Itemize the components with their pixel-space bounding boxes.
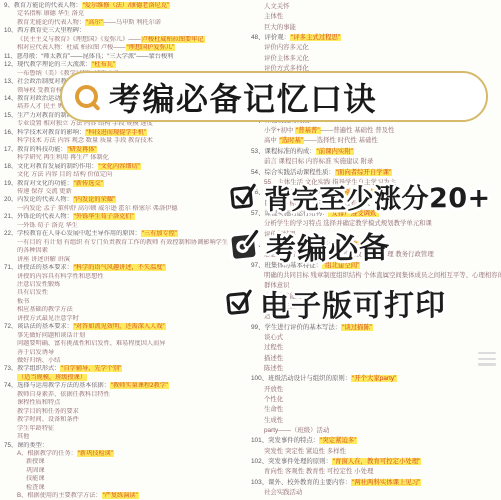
note-line: 课程性质和特点 xyxy=(4,399,250,407)
note-line: 学生年龄特征 xyxy=(4,425,250,433)
note-line: 问题要明确、富有挑战性和启发性、难易程度因人而异 xyxy=(4,340,250,348)
note-line: 102、突发事件处理的原则：“育窗人在，教育可控定小处理” xyxy=(251,457,501,467)
note-line: 过程性 xyxy=(251,343,501,353)
study-notes-page: 9、教育万能论的代表人物：“爱尔维修（法）/康德老洛尼克”定名指称 康德 华生 … xyxy=(0,0,501,500)
note-line: 的各种因素 xyxy=(4,247,250,255)
note-line: 72、谈话法的基本要求：“对答如流见效明，还需深入人戏” xyxy=(4,323,250,331)
note-line: 一外铄 荀子 洛克 华生 xyxy=(4,222,250,230)
note-line: 75、课的类型： xyxy=(4,442,250,450)
note-line: 19、教育对文化的功能：“新传选交” xyxy=(4,180,250,188)
callout-printable: 电子版可打印 xyxy=(224,280,446,326)
note-line: 《民主主义与教育》《理想国》《爱弥儿》——卢梭杜威柏拉图要牢记 xyxy=(4,36,250,44)
note-line: 巨大的事能 xyxy=(251,23,501,33)
note-line: 相对应代表人物：杜威 柏拉图 卢梭——“理想国护爱弥儿” xyxy=(4,44,250,52)
callout-score-boost: 背完至少涨分20+ xyxy=(228,176,491,217)
note-line: 描述性 xyxy=(251,354,501,364)
note-line: 20、内发论的代表人物：“内发论的荣耀” xyxy=(4,196,250,204)
note-line: 注意启发性锻炼 xyxy=(4,281,250,289)
magnifier-icon xyxy=(75,85,98,108)
note-line: 16、科学技术对教育的影响：“科技进而现提学手机” xyxy=(4,129,250,137)
menu-icon[interactable] xyxy=(478,352,496,369)
callout-label: 电子版可打印 xyxy=(260,280,446,326)
note-line: 小学+初中 “普基普”——普遍性 基础性 普及性 xyxy=(251,126,501,136)
note-line: 教学时间、设备和条件 xyxy=(4,416,250,424)
note-line: 开放性 xyxy=(251,385,501,395)
note-line: 科学技术 方法 内容 观念 数量 质量 手段 教育技术 xyxy=(4,137,250,145)
note-line: 检查课 xyxy=(4,484,250,492)
title-banner: 考编必备记忆口诀 xyxy=(60,71,488,122)
note-line: 其他 xyxy=(4,433,250,441)
note-line: 做好归纳、小结 xyxy=(4,357,250,365)
note-line: 具有启发性 xyxy=(4,289,250,297)
note-line: 巩固课 xyxy=(4,467,250,475)
note-line: 个性化 xyxy=(251,395,501,405)
note-line: 讲座 讲述讲解 讲演 xyxy=(4,256,250,264)
note-line: 善于启发诱导 xyxy=(4,349,250,357)
note-line: 103、课外、校外教育的主要内容：“两社两科实体课上见习” xyxy=(251,478,501,488)
note-line: 11、慈母般：“师太教育”——昆体良；“三大学派”——蒙台梭利 xyxy=(4,53,250,61)
note-line: 科学研究 再生利用 再生产 体制化 xyxy=(4,154,250,162)
note-line: 48、评价观：“评多主式过程思” xyxy=(251,33,501,43)
note-line: 教学目的和任务的要求 xyxy=(4,408,250,416)
note-line: 突发性 突定性 紧迫性 多样性 xyxy=(251,447,501,457)
note-line: A、根据教学的任务：“新巩技检谈” xyxy=(4,450,250,458)
pen-square-icon xyxy=(226,227,263,268)
callout-label: 背完至少涨分20+ xyxy=(264,176,491,217)
note-line: 100、班级活动设计与组织的原则：“开个大家party” xyxy=(251,374,501,384)
note-line: 教育无能论的代表人物：“高尔”——乌申斯 利托尔诺 xyxy=(4,19,250,27)
note-line: 9、教育万能论的代表人物：“爱尔维修（法）/康德老洛尼克” xyxy=(4,2,250,10)
note-line: 谈心式 xyxy=(251,333,501,343)
note-line: 53、课程标准的构成：“前课内实附” xyxy=(251,147,501,157)
note-line: 主体性 xyxy=(251,12,501,22)
note-line: 一内发论 孟子 董仲舒 高尔顿 威尔逊 霍尔 格塞尔 弗洛伊德 xyxy=(4,205,250,213)
note-line: （适当规模，班级授课） xyxy=(4,374,250,382)
note-line: 生命性 xyxy=(251,405,501,415)
note-line: 101、突发事件的特点：“突定紧迫多” xyxy=(251,436,501,446)
note-line: 定名指称 康德 华生 洛克 xyxy=(4,10,250,18)
note-line: 22、学校教育在人身心发展中起主导作用的原因：“三有加专控” xyxy=(4,230,250,238)
note-line: 技能课 xyxy=(4,475,250,483)
note-line: 71、讲授法的基本要求：“科学的语气风趣讲述，不失温度” xyxy=(4,264,250,272)
page-title: 考编必备记忆口诀 xyxy=(109,74,377,120)
note-line: 传递 保存 交流 更新 xyxy=(4,188,250,196)
note-line: 21、外铄论的代表人物：“外铄华生荀子洛克们” xyxy=(4,213,250,221)
note-line: 陈述性 xyxy=(251,364,501,374)
note-line: 74、选择与运用教学方法的基本依据：“教师实量课程2教学” xyxy=(4,382,250,390)
note-line: 教师自身素养、依据任教科目特性 xyxy=(4,391,250,399)
note-line: 18、文化对教育发展的制约作用：“文化内容细切” xyxy=(4,163,250,171)
note-line: party——（班级）活动 xyxy=(251,426,501,436)
note-line: 板书 xyxy=(4,298,250,306)
note-line: 高中 “选时基”——选择性 时代性 基础性 xyxy=(251,136,501,146)
note-line: 一有目的 有计划 有组织 有专门负责教育工作的教师 有效控制和协调影响学生发展 xyxy=(4,239,250,247)
note-line: 讲授的内容具有科学性和思想性 xyxy=(4,273,250,281)
note-line: 社会实践活动 xyxy=(251,488,501,498)
callout-label: 考编必备 xyxy=(266,223,391,269)
note-line: 评价主体多元化 xyxy=(251,54,501,64)
note-line: 前言 课程目标 内容标准 实施建议 附录 xyxy=(251,157,501,167)
note-line: 文化 方法 内容 目的 结构 价值定向 xyxy=(4,171,250,179)
note-line: 事先做好问题和谈话计划 xyxy=(4,332,250,340)
note-line: 育向性 客观性 教育性 可控定性 小处理 xyxy=(251,467,501,477)
note-line: 10、西方教育史三大里程碑： xyxy=(4,27,250,35)
note-line: 讲授方式最见注意学时 xyxy=(4,315,250,323)
checkbox-check-icon xyxy=(226,178,260,217)
note-line: B、根据使用的主要教学方法：“严复练演读” xyxy=(4,492,250,500)
note-line: 新授课 xyxy=(4,458,250,466)
note-line: 17、教育的科技功能：“研发再体” xyxy=(4,146,250,154)
note-line: 12、现代教学理论的三大流派：“杜布瓦” xyxy=(4,61,250,69)
callout-exam-essential: 考编必备 xyxy=(228,223,391,270)
note-line: 评价内容多元化 xyxy=(251,43,501,53)
note-line: 相应基础的教学方法 xyxy=(4,306,250,314)
checkbox-check-icon xyxy=(222,284,256,323)
note-line: 生成性 xyxy=(251,416,501,426)
note-line: 73、教学组织形式：“自学辅导，先学个别” xyxy=(4,365,250,373)
note-line: 人文关怀 xyxy=(251,2,501,12)
